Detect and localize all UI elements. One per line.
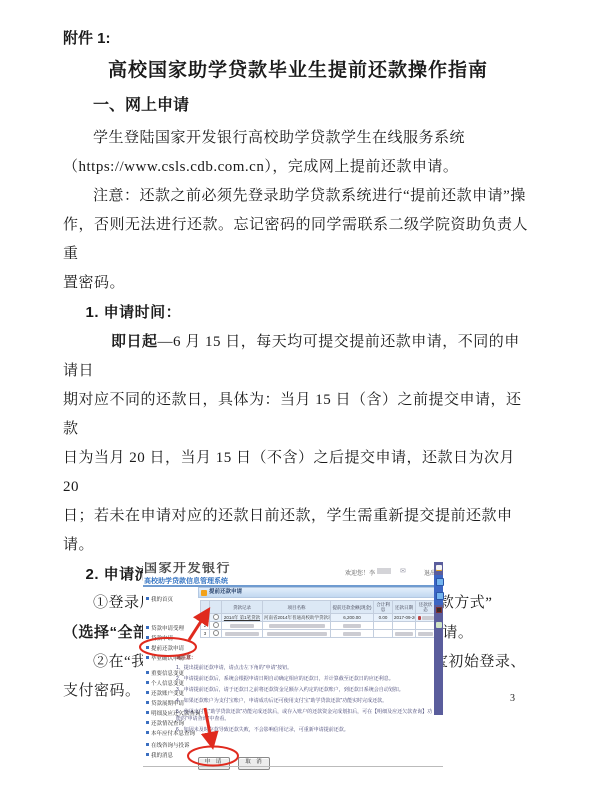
bank-name: 国家开发银行 <box>144 562 264 576</box>
doc-line: 作，否则无法进行还款。忘记密码的同学需联系二级学院资助负责人重 <box>63 211 533 269</box>
row-index: 2 <box>201 622 210 630</box>
col-loan: 贷款记录 <box>222 601 263 614</box>
col-amount: 提前还款金额(现金) <box>331 601 374 614</box>
col-date: 还款日期 <box>393 601 416 614</box>
notes-section: 请注意： 1、提出提前还款申请，请点击左下角的“申请”按钮。 2、申请提前还款后… <box>176 654 435 738</box>
sidebar-item-loan-accept[interactable]: 贷款申请受理 <box>146 624 198 634</box>
system-name: 高校助学贷款信息管理系统 <box>144 576 264 584</box>
document-page: 附件 1: 高校国家助学贷款毕业生提前还款操作指南 一、网上申请 学生登陆国家开… <box>0 0 593 786</box>
cancel-button[interactable]: 取 消 <box>238 757 270 770</box>
desktop-strip <box>434 562 443 715</box>
desktop-icon <box>436 565 442 571</box>
doc-subheading: 1. 申请时间： <box>63 298 533 327</box>
redacted-date <box>393 630 416 638</box>
note-item: 6、如因未及时存款导致还款失败，不会影响信用记录，可重新申请提前还款。 <box>176 727 435 734</box>
row-select-cell <box>210 622 222 630</box>
section-heading: 一、网上申请 <box>93 94 533 118</box>
panel-title-bar: 提前还款申请 <box>198 587 436 598</box>
sidebar-item-early-repay[interactable]: 提前还款申请 <box>146 644 198 654</box>
sidebar-item-home[interactable]: 我的首页 <box>146 595 198 605</box>
note-item: 1、提出提前还款申请，请点击左下角的“申请”按钮。 <box>176 665 435 672</box>
col-interest: 合计利息 <box>374 601 393 614</box>
redacted-status <box>422 616 434 620</box>
row-select-cell <box>210 614 222 622</box>
notes-title: 请注意： <box>176 654 435 661</box>
repayment-table: 贷款记录 项目名称 提前还款金额(现金) 合计利息 还款日期 还款状态 1 20… <box>200 600 436 638</box>
row-select-cell <box>210 630 222 638</box>
doc-line: 日；若未在申请对应的还款日前还款，学生需重新提交提前还款申请。 <box>63 502 533 560</box>
col-select <box>210 601 222 614</box>
screenshot-bottom-border <box>143 766 443 767</box>
redacted-loan <box>222 630 263 638</box>
row-index: 3 <box>201 630 210 638</box>
sidebar-item-messages[interactable]: 我的消息 <box>146 751 198 761</box>
desktop-icon <box>436 607 442 613</box>
button-row: 申 请 取 消 <box>198 750 274 770</box>
panel-icon <box>201 590 207 596</box>
amount-cell: 6,200.00 <box>331 614 374 622</box>
redacted-amount <box>331 630 374 638</box>
date-cell: 2017-09-20 <box>393 614 416 622</box>
redacted-status <box>416 630 436 638</box>
row-radio[interactable] <box>213 614 219 620</box>
col-project: 项目名称 <box>263 601 331 614</box>
status-mark <box>418 616 421 620</box>
bank-logo: 国家开发银行 高校助学贷款信息管理系统 <box>144 562 264 584</box>
redacted-project <box>263 630 331 638</box>
app-topbar: 欢迎您！李 ✉ 退出 <box>339 568 439 577</box>
sidebar-item-online-consult[interactable]: 在线咨询与投诉 <box>146 741 198 751</box>
empty-cell <box>416 622 436 630</box>
redacted-amount <box>331 622 374 630</box>
desktop-icon <box>436 592 444 600</box>
redacted-loan <box>222 622 263 630</box>
empty-cell <box>393 622 416 630</box>
empty-cell <box>374 622 393 630</box>
row-radio[interactable] <box>213 630 219 636</box>
redacted-project <box>263 622 331 630</box>
note-item: 5、使用支付宝“助学贷款还款”功能完成还款后，或存入账户的还款资金完成划扣后，可… <box>176 709 435 722</box>
row-radio[interactable] <box>213 622 219 628</box>
redacted-username <box>377 568 391 574</box>
doc-line: 即日起—6 月 15 日，每天均可提交提前还款申请，不同的申请日 <box>63 327 533 386</box>
attachment-label: 附件 1: <box>63 28 533 50</box>
doc-line: 日为当月 20 日，当月 15 日（不含）之后提交申请，还款日为次月 20 <box>63 444 533 502</box>
panel-title: 提前还款申请 <box>209 588 435 597</box>
desktop-icon <box>436 578 444 586</box>
note-item: 4、如果还款账户为支付宝账户，申请成功后还可使用支付宝“助学贷款还款”功能实时完… <box>176 698 435 705</box>
table-row: 2 <box>201 622 436 630</box>
sidebar-item-loan-apply[interactable]: 贷款申请 <box>146 634 198 644</box>
status-cell <box>416 614 436 622</box>
row-index: 1 <box>201 614 210 622</box>
doc-line: 注意：还款之前必须先登录助学贷款系统进行“提前还款申请”操 <box>63 182 533 211</box>
note-item: 3、申请提前还款后，请于还款日之前将还款资金足额存入约定的还款账户，到还款日系统… <box>176 687 435 694</box>
note-item: 2、申请提前还款后，系统会根据申请日期自动确定相应的还款日，并计算截至还款日的应… <box>176 676 435 683</box>
doc-line: （https://www.csls.cdb.com.cn），完成网上提前还款申请… <box>63 153 533 182</box>
page-title: 高校国家助学贷款毕业生提前还款操作指南 <box>63 56 533 86</box>
col-index <box>201 601 210 614</box>
table-header-row: 贷款记录 项目名称 提前还款金额(现金) 合计利息 还款日期 还款状态 <box>201 601 436 614</box>
envelope-icon[interactable]: ✉ <box>400 567 406 575</box>
desktop-icon <box>436 622 442 628</box>
table-row: 3 <box>201 630 436 638</box>
empty-cell <box>374 630 393 638</box>
interest-cell: 0.00 <box>374 614 393 622</box>
table-row: 1 2014年 第1笔贷款 河南省2014年普通高校助学贷款项目 6,200.0… <box>201 614 436 622</box>
loan-record-link[interactable]: 2014年 第1笔贷款 <box>222 614 263 622</box>
doc-line: 期对应不同的还款日，具体为：当月 15 日（含）之前提交申请，还款 <box>63 386 533 444</box>
apply-button[interactable]: 申 请 <box>198 757 230 770</box>
page-number: 3 <box>510 693 515 704</box>
embedded-screenshot: 国家开发银行 高校助学贷款信息管理系统 欢迎您！李 ✉ 退出 我的首页 贷款申请… <box>143 562 443 768</box>
doc-line: 学生登陆国家开发银行高校助学贷款学生在线服务系统 <box>63 124 533 153</box>
col-status: 还款状态 <box>416 601 436 614</box>
project-name: 河南省2014年普通高校助学贷款项目 <box>263 614 331 622</box>
welcome-text: 欢迎您！李 <box>345 568 375 577</box>
doc-line: 置密码。 <box>63 269 533 298</box>
